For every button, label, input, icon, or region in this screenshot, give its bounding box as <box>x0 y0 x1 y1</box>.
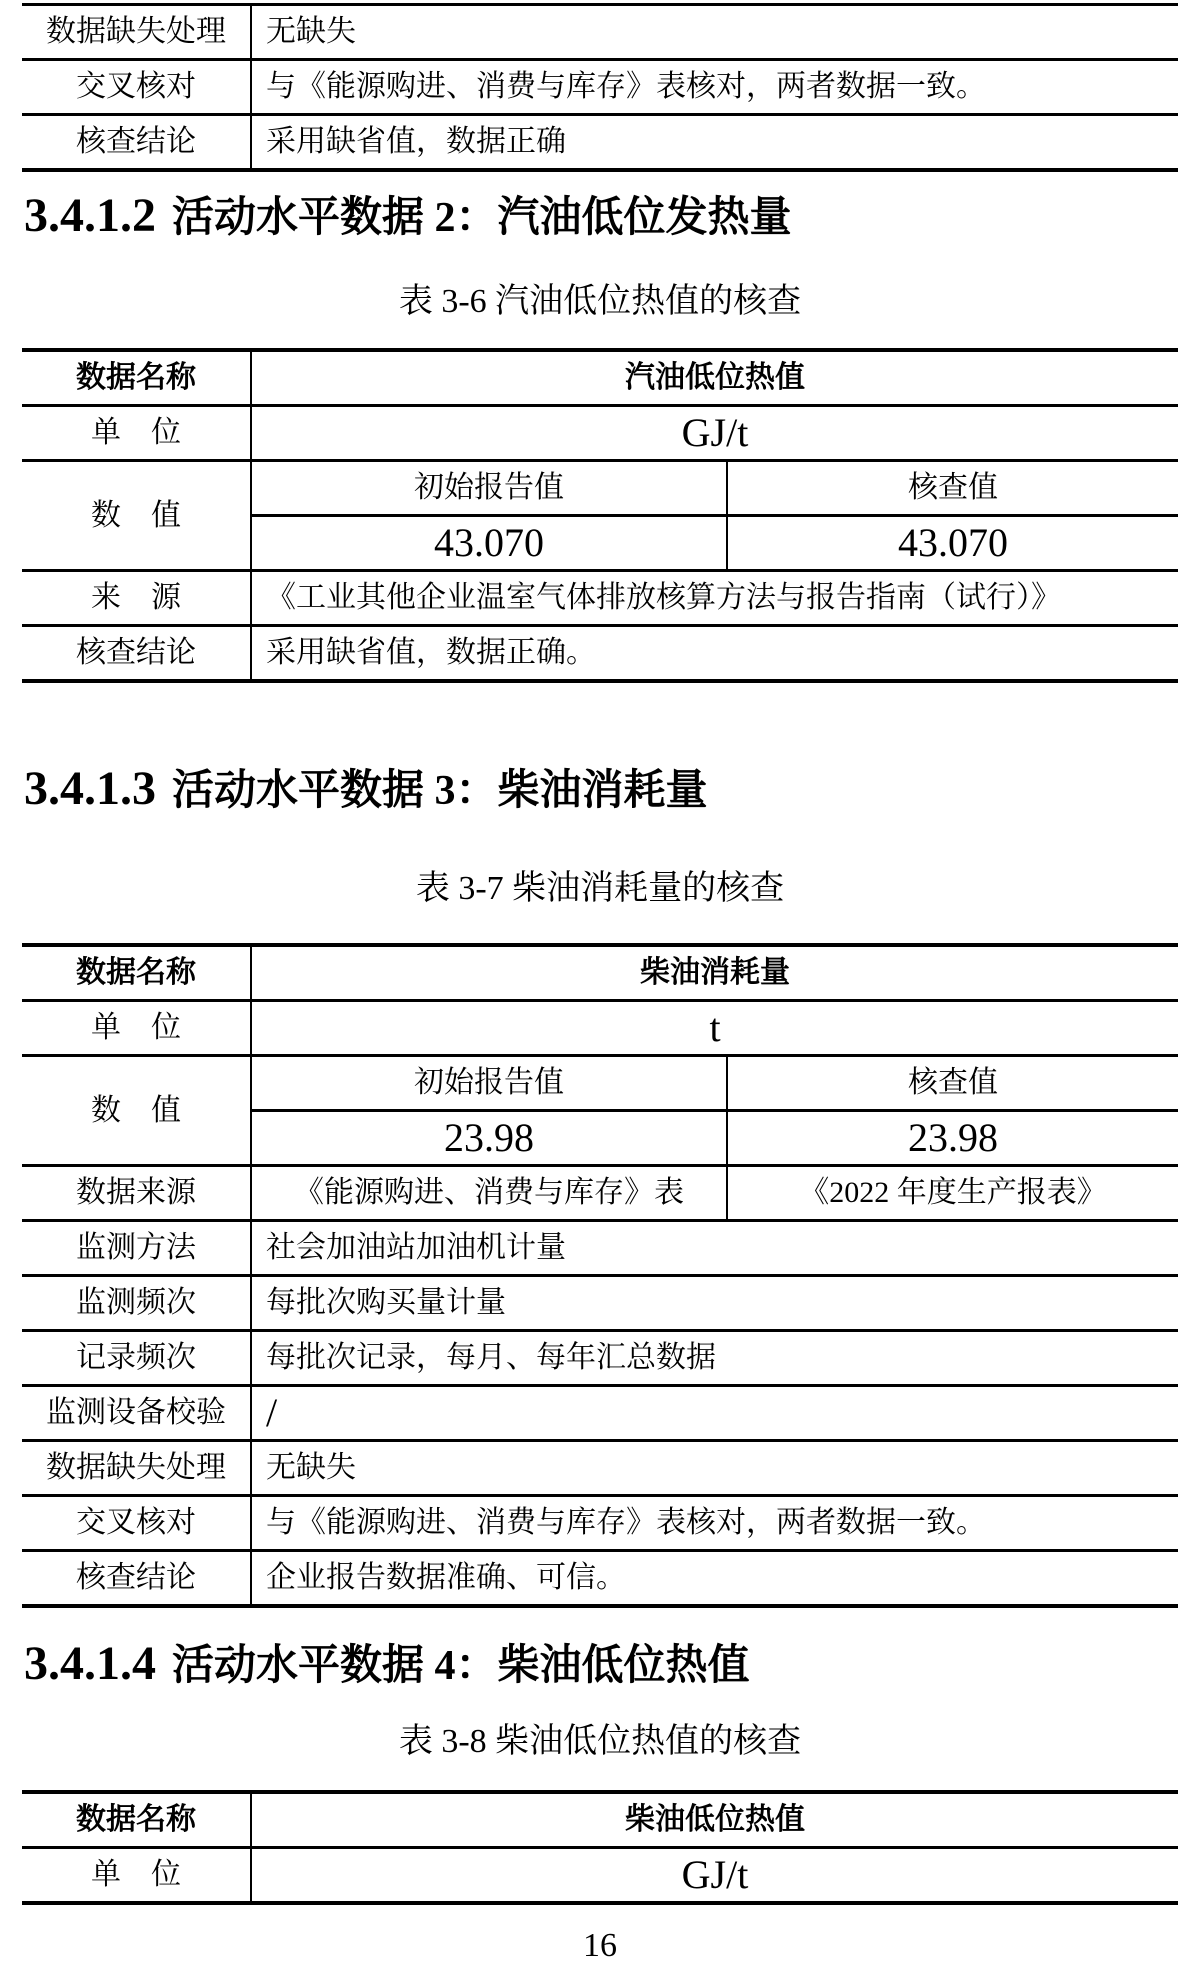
row-label: 单位 <box>22 1002 252 1054</box>
source-left-cell: 《能源购进、消费与库存》表 <box>252 1167 728 1219</box>
table-row: 核查结论 采用缺省值，数据正确 <box>22 113 1178 168</box>
document-page: 数据缺失处理 无缺失 交叉核对 与《能源购进、消费与库存》表核对，两者数据一致。… <box>0 3 1200 1967</box>
row-value: 柴油低位热值 <box>252 1794 1178 1846</box>
row-label: 监测频次 <box>22 1277 252 1329</box>
row-label: 记录频次 <box>22 1332 252 1384</box>
table-row: 监测频次 每批次购买量计量 <box>22 1274 1178 1329</box>
row-label: 核查结论 <box>22 627 252 679</box>
row-value: 无缺失 <box>252 6 1178 58</box>
heading-title: 活动水平数据 4：柴油低位热值 <box>172 1643 750 1689</box>
row-value: 每批次购买量计量 <box>252 1277 1178 1329</box>
row-label: 数据名称 <box>22 352 252 404</box>
table-row: 交叉核对 与《能源购进、消费与库存》表核对，两者数据一致。 <box>22 58 1178 113</box>
section-heading-3413: 3.4.1.3活动水平数据 3：柴油消耗量 <box>24 763 1178 817</box>
row-label: 数值 <box>22 1057 252 1164</box>
table-row: 单位 t <box>22 999 1178 1054</box>
table-row: 数据名称 汽油低位热值 <box>22 352 1178 404</box>
table-row: 交叉核对 与《能源购进、消费与库存》表核对，两者数据一致。 <box>22 1494 1178 1549</box>
initial-report-value: 23.98 <box>252 1112 728 1164</box>
row-label-text: 单位 <box>91 416 211 450</box>
table-row: 核查结论 企业报告数据准确、可信。 <box>22 1549 1178 1604</box>
row-label: 单位 <box>22 1849 252 1901</box>
table-row: 监测设备校验 / <box>22 1384 1178 1439</box>
row-value: 与《能源购进、消费与库存》表核对，两者数据一致。 <box>252 61 1178 113</box>
page-content: 数据缺失处理 无缺失 交叉核对 与《能源购进、消费与库存》表核对，两者数据一致。… <box>22 3 1178 1963</box>
table-row: 数据名称 柴油低位热值 <box>22 1794 1178 1846</box>
table-row: 监测方法 社会加油站加油机计量 <box>22 1219 1178 1274</box>
row-value: 《工业其他企业温室气体排放核算方法与报告指南（试行）》 <box>252 572 1178 624</box>
row-label: 数据名称 <box>22 947 252 999</box>
heading-number: 3.4.1.3 <box>24 762 156 815</box>
values-data-row: 23.98 23.98 <box>252 1109 1178 1164</box>
table-row: 数据名称 柴油消耗量 <box>22 947 1178 999</box>
values-grid: 初始报告值 核查值 43.070 43.070 <box>252 462 1178 569</box>
values-data-row: 43.070 43.070 <box>252 514 1178 569</box>
heading-number: 3.4.1.4 <box>24 1637 156 1690</box>
heading-title: 活动水平数据 2：汽油低位发热量 <box>172 195 792 241</box>
row-value: GJ/t <box>252 1849 1178 1901</box>
row-label: 数值 <box>22 462 252 569</box>
table-row: 数据缺失处理 无缺失 <box>22 1439 1178 1494</box>
row-value: 企业报告数据准确、可信。 <box>252 1552 1178 1604</box>
row-value: 每批次记录，每月、每年汇总数据 <box>252 1332 1178 1384</box>
source-cells: 《能源购进、消费与库存》表 《2022 年度生产报表》 <box>252 1167 1178 1219</box>
table-3-6: 数据名称 汽油低位热值 单位 GJ/t 数值 初始报告值 核查值 43.070 … <box>22 348 1178 683</box>
verified-header: 核查值 <box>728 1057 1178 1109</box>
table-row: 单位 GJ/t <box>22 404 1178 459</box>
initial-report-value: 43.070 <box>252 517 728 569</box>
row-label: 监测设备校验 <box>22 1387 252 1439</box>
row-label: 单位 <box>22 407 252 459</box>
verified-value: 43.070 <box>728 517 1178 569</box>
row-value: 采用缺省值，数据正确。 <box>252 627 1178 679</box>
table-row-values: 数值 初始报告值 核查值 23.98 23.98 <box>22 1054 1178 1164</box>
row-value: 无缺失 <box>252 1442 1178 1494</box>
table-caption-3-8: 表 3-8 柴油低位热值的核查 <box>22 1722 1178 1762</box>
row-label: 数据缺失处理 <box>22 6 252 58</box>
initial-report-header: 初始报告值 <box>252 462 728 514</box>
values-grid: 初始报告值 核查值 23.98 23.98 <box>252 1057 1178 1164</box>
verified-header: 核查值 <box>728 462 1178 514</box>
row-label-text: 单位 <box>91 1011 211 1045</box>
table-row: 核查结论 采用缺省值，数据正确。 <box>22 624 1178 679</box>
row-label: 来源 <box>22 572 252 624</box>
section-heading-3414: 3.4.1.4活动水平数据 4：柴油低位热值 <box>24 1638 1178 1692</box>
verified-value: 23.98 <box>728 1112 1178 1164</box>
table-caption-3-6: 表 3-6 汽油低位热值的核查 <box>22 282 1178 322</box>
row-value: 柴油消耗量 <box>252 947 1178 999</box>
row-value: 与《能源购进、消费与库存》表核对，两者数据一致。 <box>252 1497 1178 1549</box>
page-number: 16 <box>22 1929 1178 1963</box>
row-label: 数据来源 <box>22 1167 252 1219</box>
source-row: 《能源购进、消费与库存》表 《2022 年度生产报表》 <box>252 1167 1178 1219</box>
table-caption-3-7: 表 3-7 柴油消耗量的核查 <box>22 869 1178 909</box>
table-row: 单位 GJ/t <box>22 1846 1178 1901</box>
table-row: 来源 《工业其他企业温室气体排放核算方法与报告指南（试行）》 <box>22 569 1178 624</box>
row-label: 交叉核对 <box>22 1497 252 1549</box>
heading-title: 活动水平数据 3：柴油消耗量 <box>172 768 708 814</box>
row-value: 汽油低位热值 <box>252 352 1178 404</box>
row-label-text: 来源 <box>91 581 211 615</box>
row-value: GJ/t <box>252 407 1178 459</box>
row-label: 数据缺失处理 <box>22 1442 252 1494</box>
table-row-data-source: 数据来源 《能源购进、消费与库存》表 《2022 年度生产报表》 <box>22 1164 1178 1219</box>
initial-report-header: 初始报告值 <box>252 1057 728 1109</box>
row-value: t <box>252 1002 1178 1054</box>
values-header-row: 初始报告值 核查值 <box>252 462 1178 514</box>
section-heading-3412: 3.4.1.2活动水平数据 2：汽油低位发热量 <box>24 190 1178 244</box>
row-label-text: 数值 <box>91 1094 211 1128</box>
row-label: 监测方法 <box>22 1222 252 1274</box>
row-label: 核查结论 <box>22 116 252 168</box>
values-header-row: 初始报告值 核查值 <box>252 1057 1178 1109</box>
table-row: 记录频次 每批次记录，每月、每年汇总数据 <box>22 1329 1178 1384</box>
table-3-7: 数据名称 柴油消耗量 单位 t 数值 初始报告值 核查值 23.98 23.98 <box>22 943 1178 1608</box>
row-label: 交叉核对 <box>22 61 252 113</box>
row-label: 数据名称 <box>22 1794 252 1846</box>
row-value: / <box>252 1387 1178 1439</box>
source-right-cell: 《2022 年度生产报表》 <box>728 1167 1178 1219</box>
table-continued: 数据缺失处理 无缺失 交叉核对 与《能源购进、消费与库存》表核对，两者数据一致。… <box>22 3 1178 172</box>
row-label-text: 单位 <box>91 1858 211 1892</box>
heading-number: 3.4.1.2 <box>24 189 156 242</box>
row-label-text: 数值 <box>91 499 211 533</box>
row-value: 采用缺省值，数据正确 <box>252 116 1178 168</box>
row-label: 核查结论 <box>22 1552 252 1604</box>
row-value: 社会加油站加油机计量 <box>252 1222 1178 1274</box>
table-3-8: 数据名称 柴油低位热值 单位 GJ/t <box>22 1790 1178 1905</box>
table-row-values: 数值 初始报告值 核查值 43.070 43.070 <box>22 459 1178 569</box>
table-row: 数据缺失处理 无缺失 <box>22 6 1178 58</box>
